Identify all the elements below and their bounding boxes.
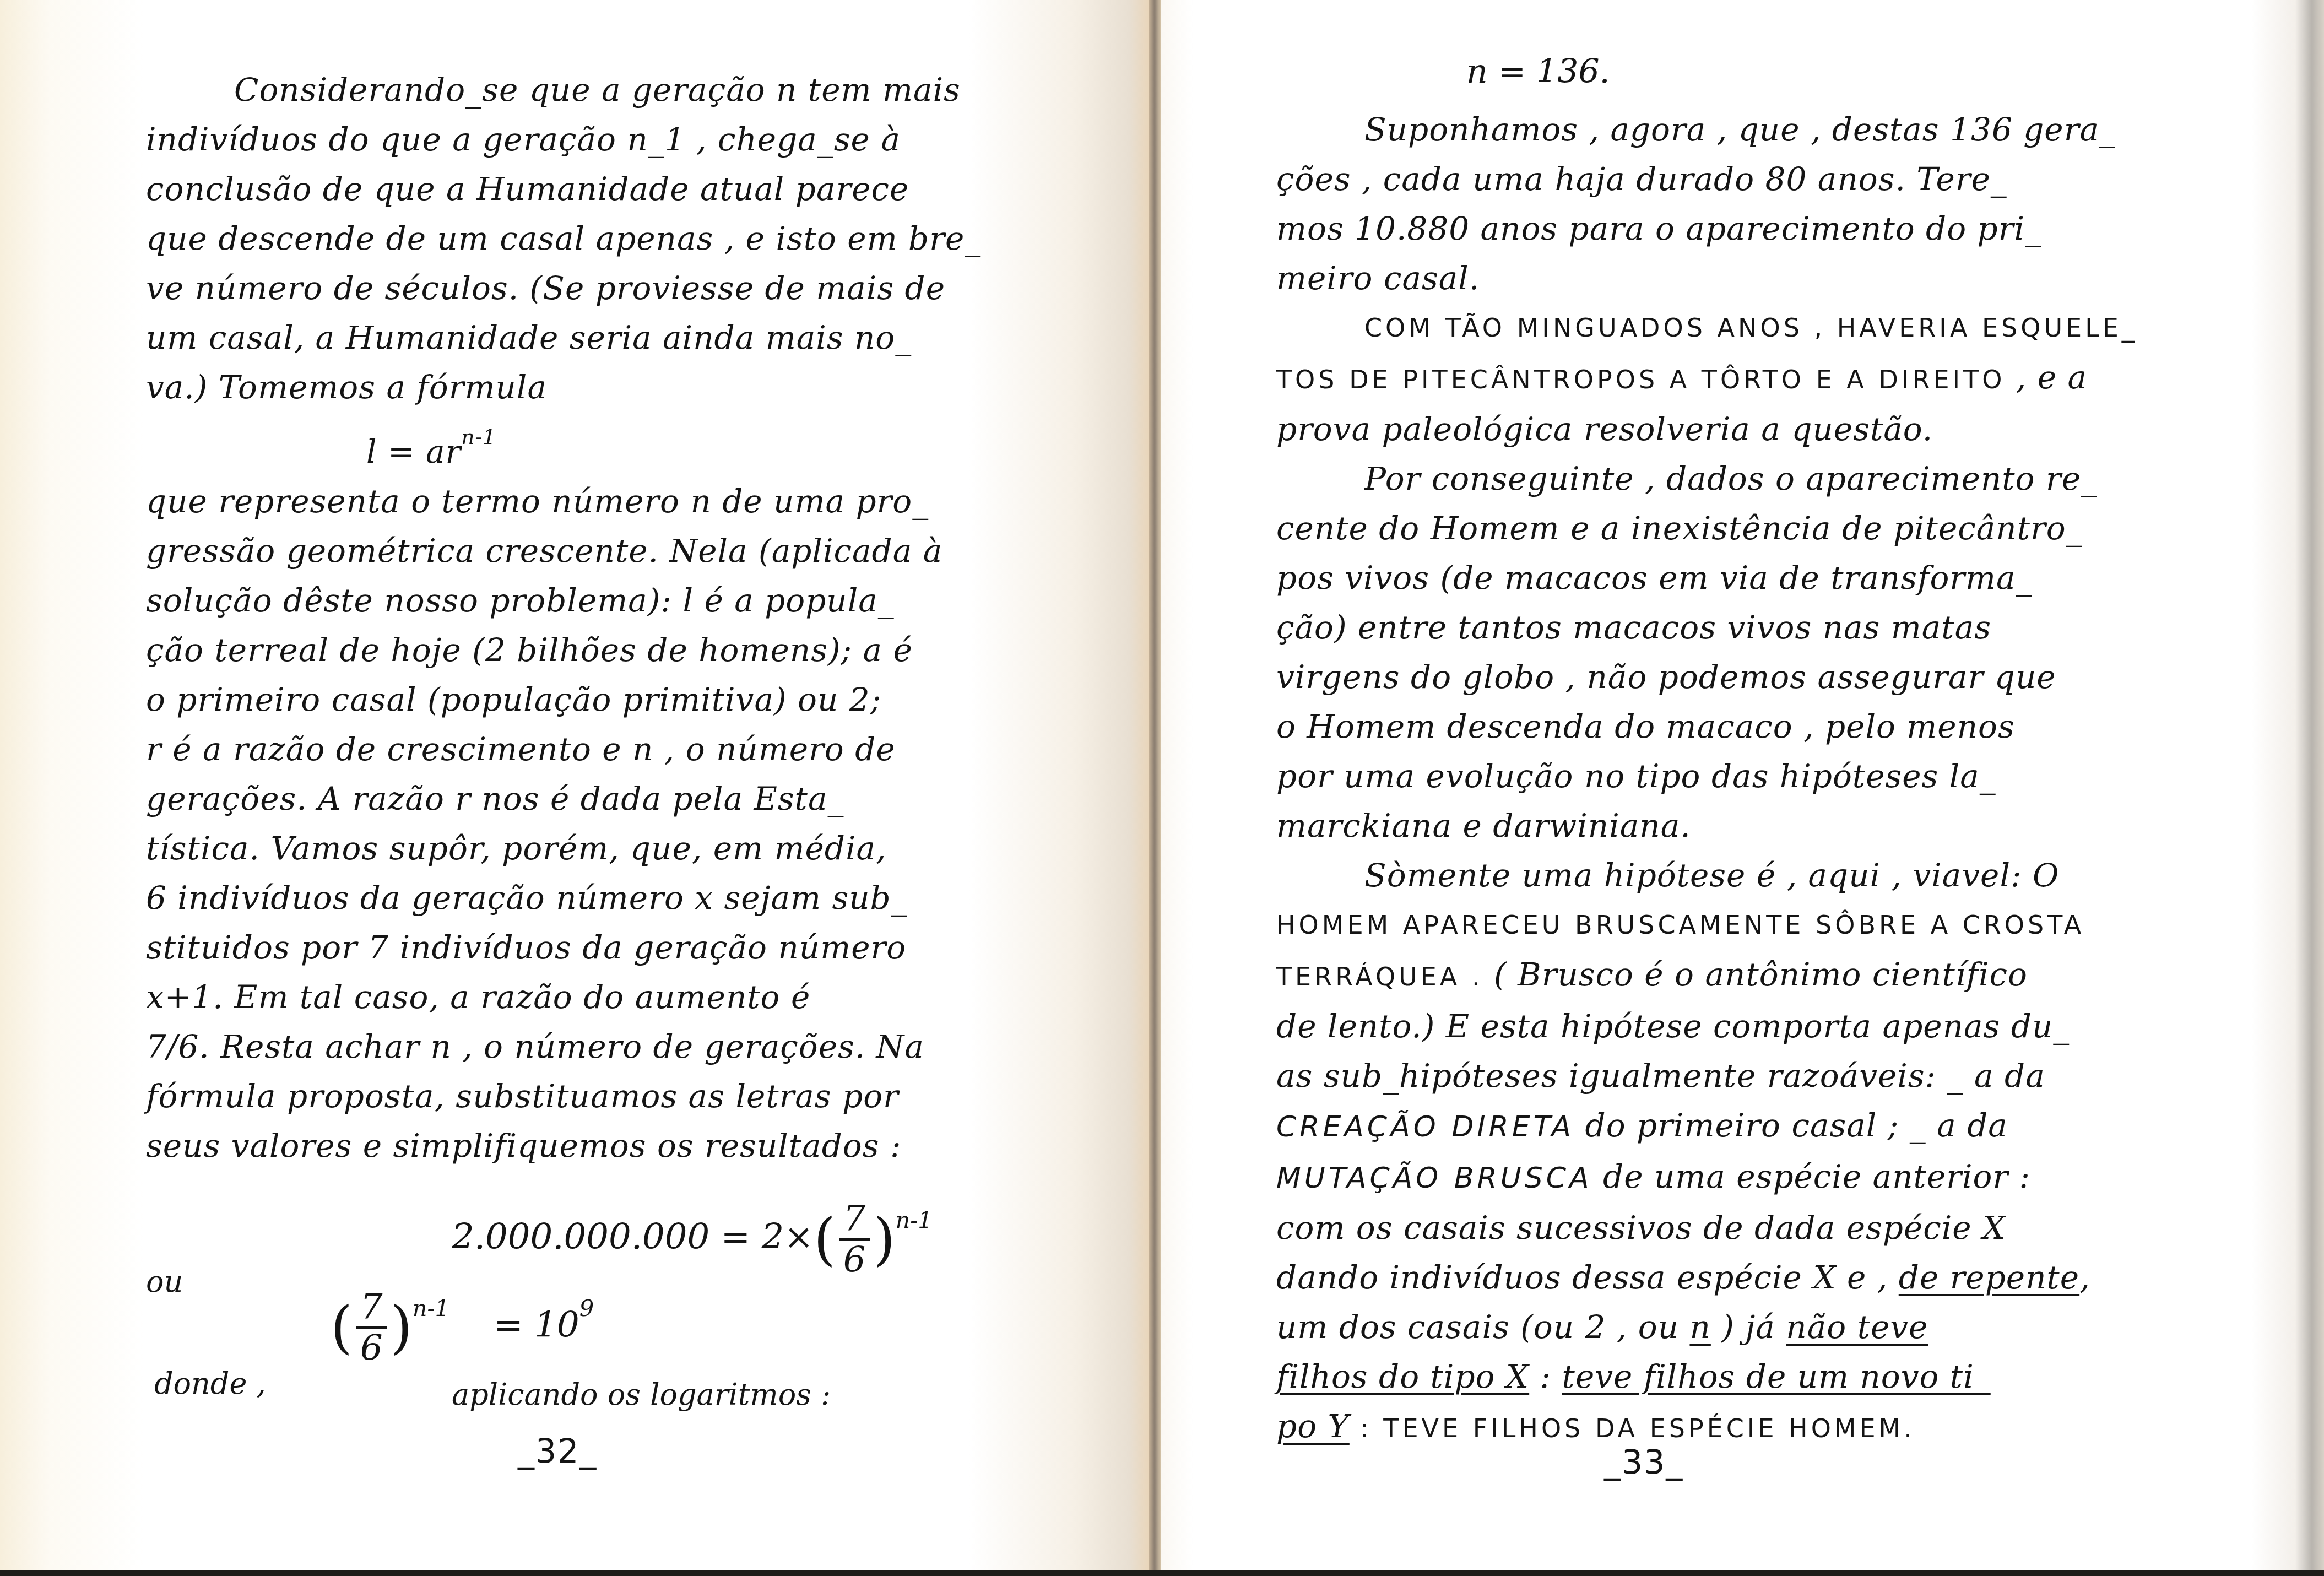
text-part: um dos casais (ou 2 , ou	[1276, 1308, 1679, 1346]
text-line: seus valores e simplifiquemos os resulta…	[146, 1121, 1093, 1171]
fraction: 76	[839, 1201, 870, 1278]
text-line: marckiana e darwiniana.	[1276, 801, 2257, 851]
text-line: indivíduos do que a geração n_1 , chega_…	[146, 115, 1093, 164]
text-line: fórmula proposta, substituamos as letras…	[146, 1071, 1093, 1121]
times-sign: ×	[784, 1217, 814, 1258]
text-line: virgens do globo , não podemos assegurar…	[1276, 652, 2257, 702]
text-line: tística. Vamos supôr, porém, que, em méd…	[146, 824, 1093, 873]
text-line: TERRÁQUEA . ( Brusco é o antônimo cientí…	[1276, 950, 2257, 1001]
text-line: va.) Tomemos a fórmula	[146, 362, 1093, 412]
book-gutter	[1149, 0, 1161, 1570]
text-line: o Homem descenda do macaco , pelo menos	[1276, 702, 2257, 751]
caps-text: MUTAÇÃO BRUSCA	[1276, 1162, 1592, 1195]
text-line: 6 indivíduos da geração número x sejam s…	[146, 873, 1093, 923]
underlined-text: não teve	[1786, 1308, 1928, 1346]
formula-rhs-exponent: 9	[579, 1295, 594, 1322]
underlined-text: po Y	[1276, 1407, 1350, 1445]
underlined-text: teve filhos de um novo ti_	[1562, 1358, 1991, 1395]
result-n: n = 136.	[1466, 52, 1610, 91]
caps-text: : TEVE FILHOS DA ESPÉCIE HOMEM.	[1360, 1413, 1915, 1443]
text-line: que descende de um casal apenas , e isto…	[146, 214, 1093, 263]
text-tail: ( Brusco é o antônimo científico	[1494, 956, 2028, 993]
text-line: 7/6. Resta achar n , o número de geraçõe…	[146, 1022, 1093, 1071]
caps-text: TERRÁQUEA .	[1276, 962, 1483, 992]
text-line: um dos casais (ou 2 , ou n ) já não teve	[1276, 1302, 2257, 1352]
text-line: gerações. A razão r nos é dada pela Esta…	[146, 774, 1093, 824]
text-line: pos vivos (de macacos em via de transfor…	[1276, 553, 2257, 603]
text-line: conclusão de que a Humanidade atual pare…	[146, 164, 1093, 214]
text-tail: , e a	[2016, 359, 2087, 396]
fraction-numerator: 7	[356, 1289, 387, 1329]
caps-text: TOS DE PITECÂNTROPOS A TÔRTO E A DIREITO	[1276, 365, 2005, 394]
connector-donde: donde ,	[154, 1366, 266, 1401]
text-line: CREAÇÃO DIRETA do primeiro casal ; _ a d…	[1276, 1101, 2257, 1152]
text-line: x+1. Em tal caso, a razão do aumento é	[146, 972, 1093, 1022]
formula-base: ar	[426, 433, 461, 470]
text-line: dando indivíduos dessa espécie X e , de …	[1276, 1253, 2257, 1302]
fraction: 76	[356, 1289, 387, 1366]
caps-text: CREAÇÃO DIRETA	[1276, 1111, 1574, 1144]
text-line: mos 10.880 anos para o aparecimento do p…	[1276, 204, 2257, 253]
text-line: prova paleológica resolveria a questão.	[1276, 404, 2257, 454]
text-line: MUTAÇÃO BRUSCA de uma espécie anterior :	[1276, 1152, 2257, 1203]
formula-population: 2.000.000.000 = 2×(76)n-1	[452, 1201, 933, 1278]
caps-line: COM TÃO MINGUADOS ANOS , HAVERIA ESQUELE…	[1276, 303, 2257, 353]
text-line: meiro casal.	[1276, 253, 2257, 303]
text-line: as sub_hipóteses igualmente razoáveis: _…	[1276, 1051, 2257, 1101]
caps-line: HOMEM APARECEU BRUSCAMENTE SÔBRE A CROST…	[1276, 900, 2257, 950]
text-line: r é a razão de crescimento e n , o númer…	[146, 724, 1093, 774]
underlined-text: de repente	[1899, 1259, 2079, 1296]
right-page: n = 136. Suponhamos , agora , que , dest…	[1161, 0, 2324, 1570]
text-line: Por conseguinte , dados o aparecimento r…	[1276, 454, 2257, 503]
left-page-text: Considerando_se que a geração n tem mais…	[146, 65, 1093, 1171]
formula-lhs: 2.000.000.000 = 2	[452, 1217, 784, 1258]
text-line: filhos do tipo X : teve filhos de um nov…	[1276, 1352, 2257, 1401]
right-page-text: Suponhamos , agora , que , destas 136 ge…	[1276, 105, 2257, 1453]
text-part: ) já	[1721, 1308, 1775, 1346]
text-line: Sòmente uma hipótese é , aqui , viavel: …	[1276, 851, 2257, 900]
text-part: ,	[2079, 1259, 2090, 1296]
fraction-denominator: 6	[360, 1329, 383, 1366]
closing-line: aplicando os logaritmos :	[452, 1377, 831, 1412]
underlined-text: n	[1689, 1308, 1710, 1346]
underlined-text: filhos do tipo X	[1276, 1358, 1529, 1395]
fraction-numerator: 7	[839, 1201, 870, 1241]
book-spread: Considerando_se que a geração n tem mais…	[0, 0, 2324, 1570]
formula-lhs: l =	[366, 433, 415, 470]
text-line: gressão geométrica crescente. Nela (apli…	[146, 526, 1093, 576]
formula-exponent: n-1	[413, 1295, 449, 1322]
text-line: que representa o termo número n de uma p…	[146, 476, 1093, 526]
close-paren: )	[874, 1207, 896, 1272]
formula-rhs: = 10	[494, 1305, 579, 1346]
text-line: de lento.) E esta hipótese comporta apen…	[1276, 1001, 2257, 1051]
connector-ou: ou	[146, 1264, 183, 1299]
page-number-left: _32_	[518, 1432, 597, 1471]
open-paren: (	[331, 1295, 353, 1361]
text-line: um casal, a Humanidade seria ainda mais …	[146, 313, 1093, 362]
formula-geometric-term: l = arn-1	[146, 412, 1093, 476]
text-line: o primeiro casal (população primitiva) o…	[146, 675, 1093, 724]
text-line: ve número de séculos. (Se proviesse de m…	[146, 263, 1093, 313]
text-line: ção) entre tantos macacos vivos nas mata…	[1276, 603, 2257, 652]
text-line: ção terreal de hoje (2 bilhões de homens…	[146, 625, 1093, 675]
text-line: cente do Homem e a inexistência de pitec…	[1276, 503, 2257, 553]
text-part: :	[1529, 1358, 1562, 1395]
text-line: stituidos por 7 indivíduos da geração nú…	[146, 923, 1093, 972]
fraction-denominator: 6	[843, 1241, 866, 1278]
text-tail: do primeiro casal ; _ a da	[1585, 1107, 2008, 1144]
text-line: com os casais sucessivos de dada espécie…	[1276, 1203, 2257, 1253]
text-tail: de uma espécie anterior :	[1603, 1158, 2030, 1195]
text-line: po Y : TEVE FILHOS DA ESPÉCIE HOMEM.	[1276, 1401, 2257, 1453]
formula-exponent: n-1	[896, 1206, 933, 1233]
text-line: ções , cada uma haja durado 80 anos. Ter…	[1276, 154, 2257, 204]
text-line: Suponhamos , agora , que , destas 136 ge…	[1276, 105, 2257, 154]
page-number-right: _33_	[1604, 1443, 1683, 1482]
formula-power-equation: (76)n-1 = 109	[331, 1289, 594, 1366]
text-line: Considerando_se que a geração n tem mais	[146, 65, 1093, 115]
left-page: Considerando_se que a geração n tem mais…	[0, 0, 1149, 1570]
open-paren: (	[814, 1207, 836, 1272]
text-line: por uma evolução no tipo das hipóteses l…	[1276, 751, 2257, 801]
text-line: solução dêste nosso problema): l é a pop…	[146, 576, 1093, 625]
close-paren: )	[391, 1295, 413, 1361]
text-part: dando indivíduos dessa espécie X e ,	[1276, 1259, 1888, 1296]
scan-bottom-edge	[0, 1570, 2324, 1576]
text-line: TOS DE PITECÂNTROPOS A TÔRTO E A DIREITO…	[1276, 353, 2257, 404]
formula-exponent: n-1	[461, 425, 496, 449]
